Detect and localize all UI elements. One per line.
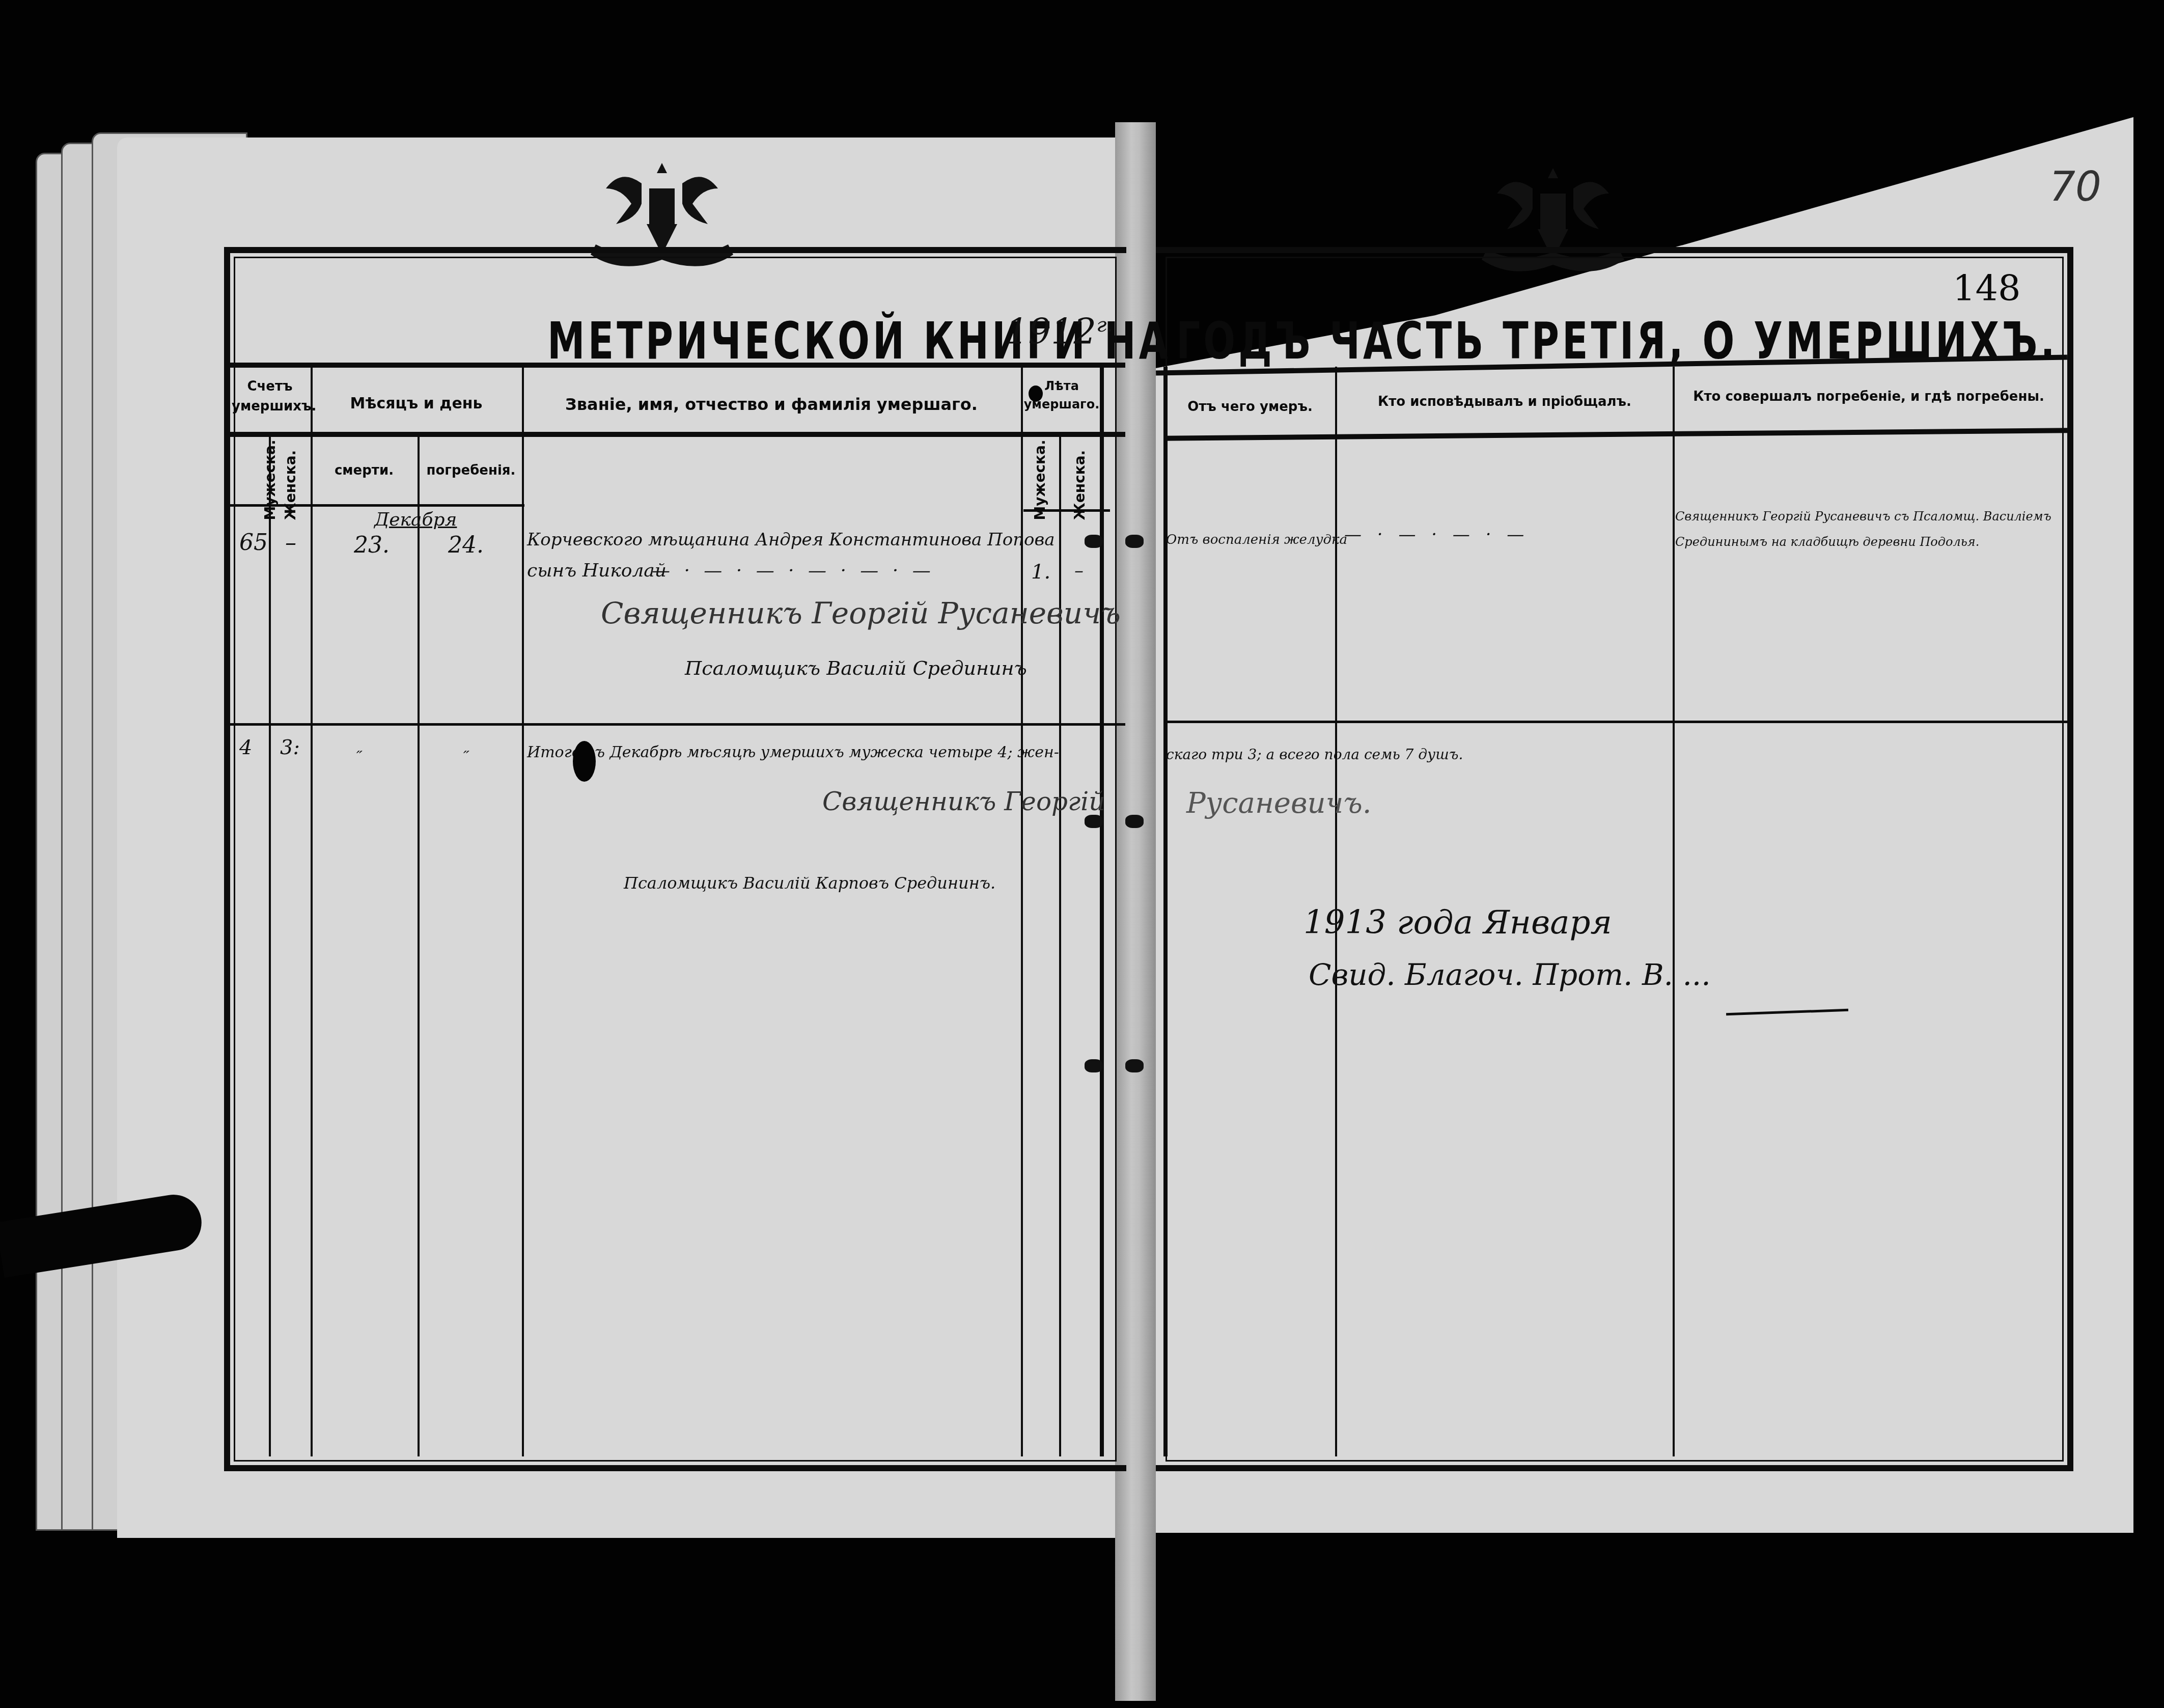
- header-month-day: Мѣсяцъ и день: [313, 392, 519, 415]
- printed-page-number: 148: [1953, 267, 2021, 309]
- pencil-folio-number: 70: [2049, 163, 2101, 210]
- entry1-confessor: — · — · — · —: [1344, 525, 1529, 545]
- header-cause: Отъ чего умеръ.: [1166, 397, 1334, 417]
- entry1-female-no: –: [285, 530, 296, 556]
- entry1-male-no: 65: [239, 530, 268, 556]
- col-divider: [311, 367, 313, 1456]
- header-confessor: Кто исповѣдывалъ и пріобщалъ.: [1339, 392, 1670, 412]
- entry2-signature-priest-right: Русаневичъ.: [1186, 787, 1372, 820]
- binding-stitch: [1125, 535, 1144, 548]
- entry1-burial-by-line2: Средининымъ на кладбищѣ деревни Подолья.: [1675, 535, 1979, 549]
- col-divider: [522, 367, 524, 1456]
- entry1-name-dashes: — · — · — · — · — · —: [652, 560, 935, 581]
- header-count: Счетъ умершихъ.: [232, 377, 308, 417]
- col-divider: [1163, 367, 1168, 1456]
- entry1-death-day: 23.: [354, 532, 390, 558]
- entry2-signature-psalmist: Псаломщикъ Василій Карповъ Средининъ.: [624, 873, 995, 893]
- closing-note-line1: 1913 года Января: [1303, 904, 1612, 942]
- binding-stitch: [1085, 535, 1103, 548]
- entry1-month: Декабря: [374, 509, 457, 530]
- entry2-female-no: 3:: [280, 736, 300, 759]
- header-burial: погребенія.: [420, 461, 522, 481]
- entry1-name-line2: сынъ Николай: [527, 560, 667, 581]
- header-burial-by: Кто совершалъ погребеніе, и гдѣ погребен…: [1675, 387, 2062, 407]
- header-name: Званіе, имя, отчество и фамилія умершаго…: [524, 392, 1018, 417]
- entry1-signature-priest: Священникъ Георгій Русаневичъ: [601, 596, 1121, 630]
- entry-separator: [1163, 721, 2067, 723]
- header-age-male: Мужеска.: [1032, 419, 1048, 520]
- col-divider: [1100, 367, 1104, 1456]
- entry-separator: [229, 723, 1125, 726]
- header-sub-rule: [229, 432, 1125, 437]
- year-handwritten: 1912г.: [1006, 311, 1113, 352]
- header-top-rule: [229, 363, 1125, 368]
- closing-note-line2: Свид. Благоч. Прот. В. ...: [1309, 957, 1711, 992]
- register-frame-left: [224, 247, 1126, 1471]
- binding-stitch: [1085, 815, 1103, 828]
- entry2-signature-priest-left: Священникъ Георгій: [822, 787, 1105, 816]
- header-age-female: Женска.: [1071, 419, 1088, 520]
- header-death: смерти.: [313, 461, 415, 481]
- col-divider: [1059, 433, 1061, 1456]
- header-count-male: Мужеска.: [262, 419, 279, 520]
- entry2-death-day: ˶: [356, 741, 362, 759]
- col-divider: [418, 433, 420, 1456]
- entry2-summary-left: Итого въ Декабрѣ мѣсяцѣ умершихъ мужеска…: [527, 743, 1059, 761]
- entry1-age-female: –: [1074, 560, 1084, 581]
- binding-stitch: [1125, 815, 1144, 828]
- entry1-signature-psalmist: Псаломщикъ Василій Средининъ: [685, 657, 1027, 679]
- entry2-male-no: 4: [239, 736, 252, 759]
- entry2-burial-day: ˶: [463, 741, 468, 759]
- ink-blot: [1029, 385, 1043, 402]
- ink-blot: [573, 741, 596, 782]
- binding-stitch: [1085, 1059, 1103, 1072]
- col-divider: [269, 433, 271, 1456]
- entry1-cause: Отъ воспаленія желудка: [1166, 532, 1347, 547]
- binding-stitch: [1125, 1059, 1144, 1072]
- entry1-burial-day: 24.: [448, 532, 484, 558]
- entry2-summary-right: скаго три 3; а всего пола семь 7 душъ.: [1166, 746, 1463, 763]
- entry1-name-line1: Корчевского мѣщанина Андрея Константинов…: [527, 530, 1055, 550]
- entry1-burial-by-line1: Священникъ Георгій Русаневичъ съ Псаломщ…: [1675, 509, 2051, 524]
- header-count-female: Женска.: [282, 419, 299, 520]
- col-divider: [1673, 367, 1675, 1456]
- entry1-age-male: 1.: [1031, 560, 1050, 584]
